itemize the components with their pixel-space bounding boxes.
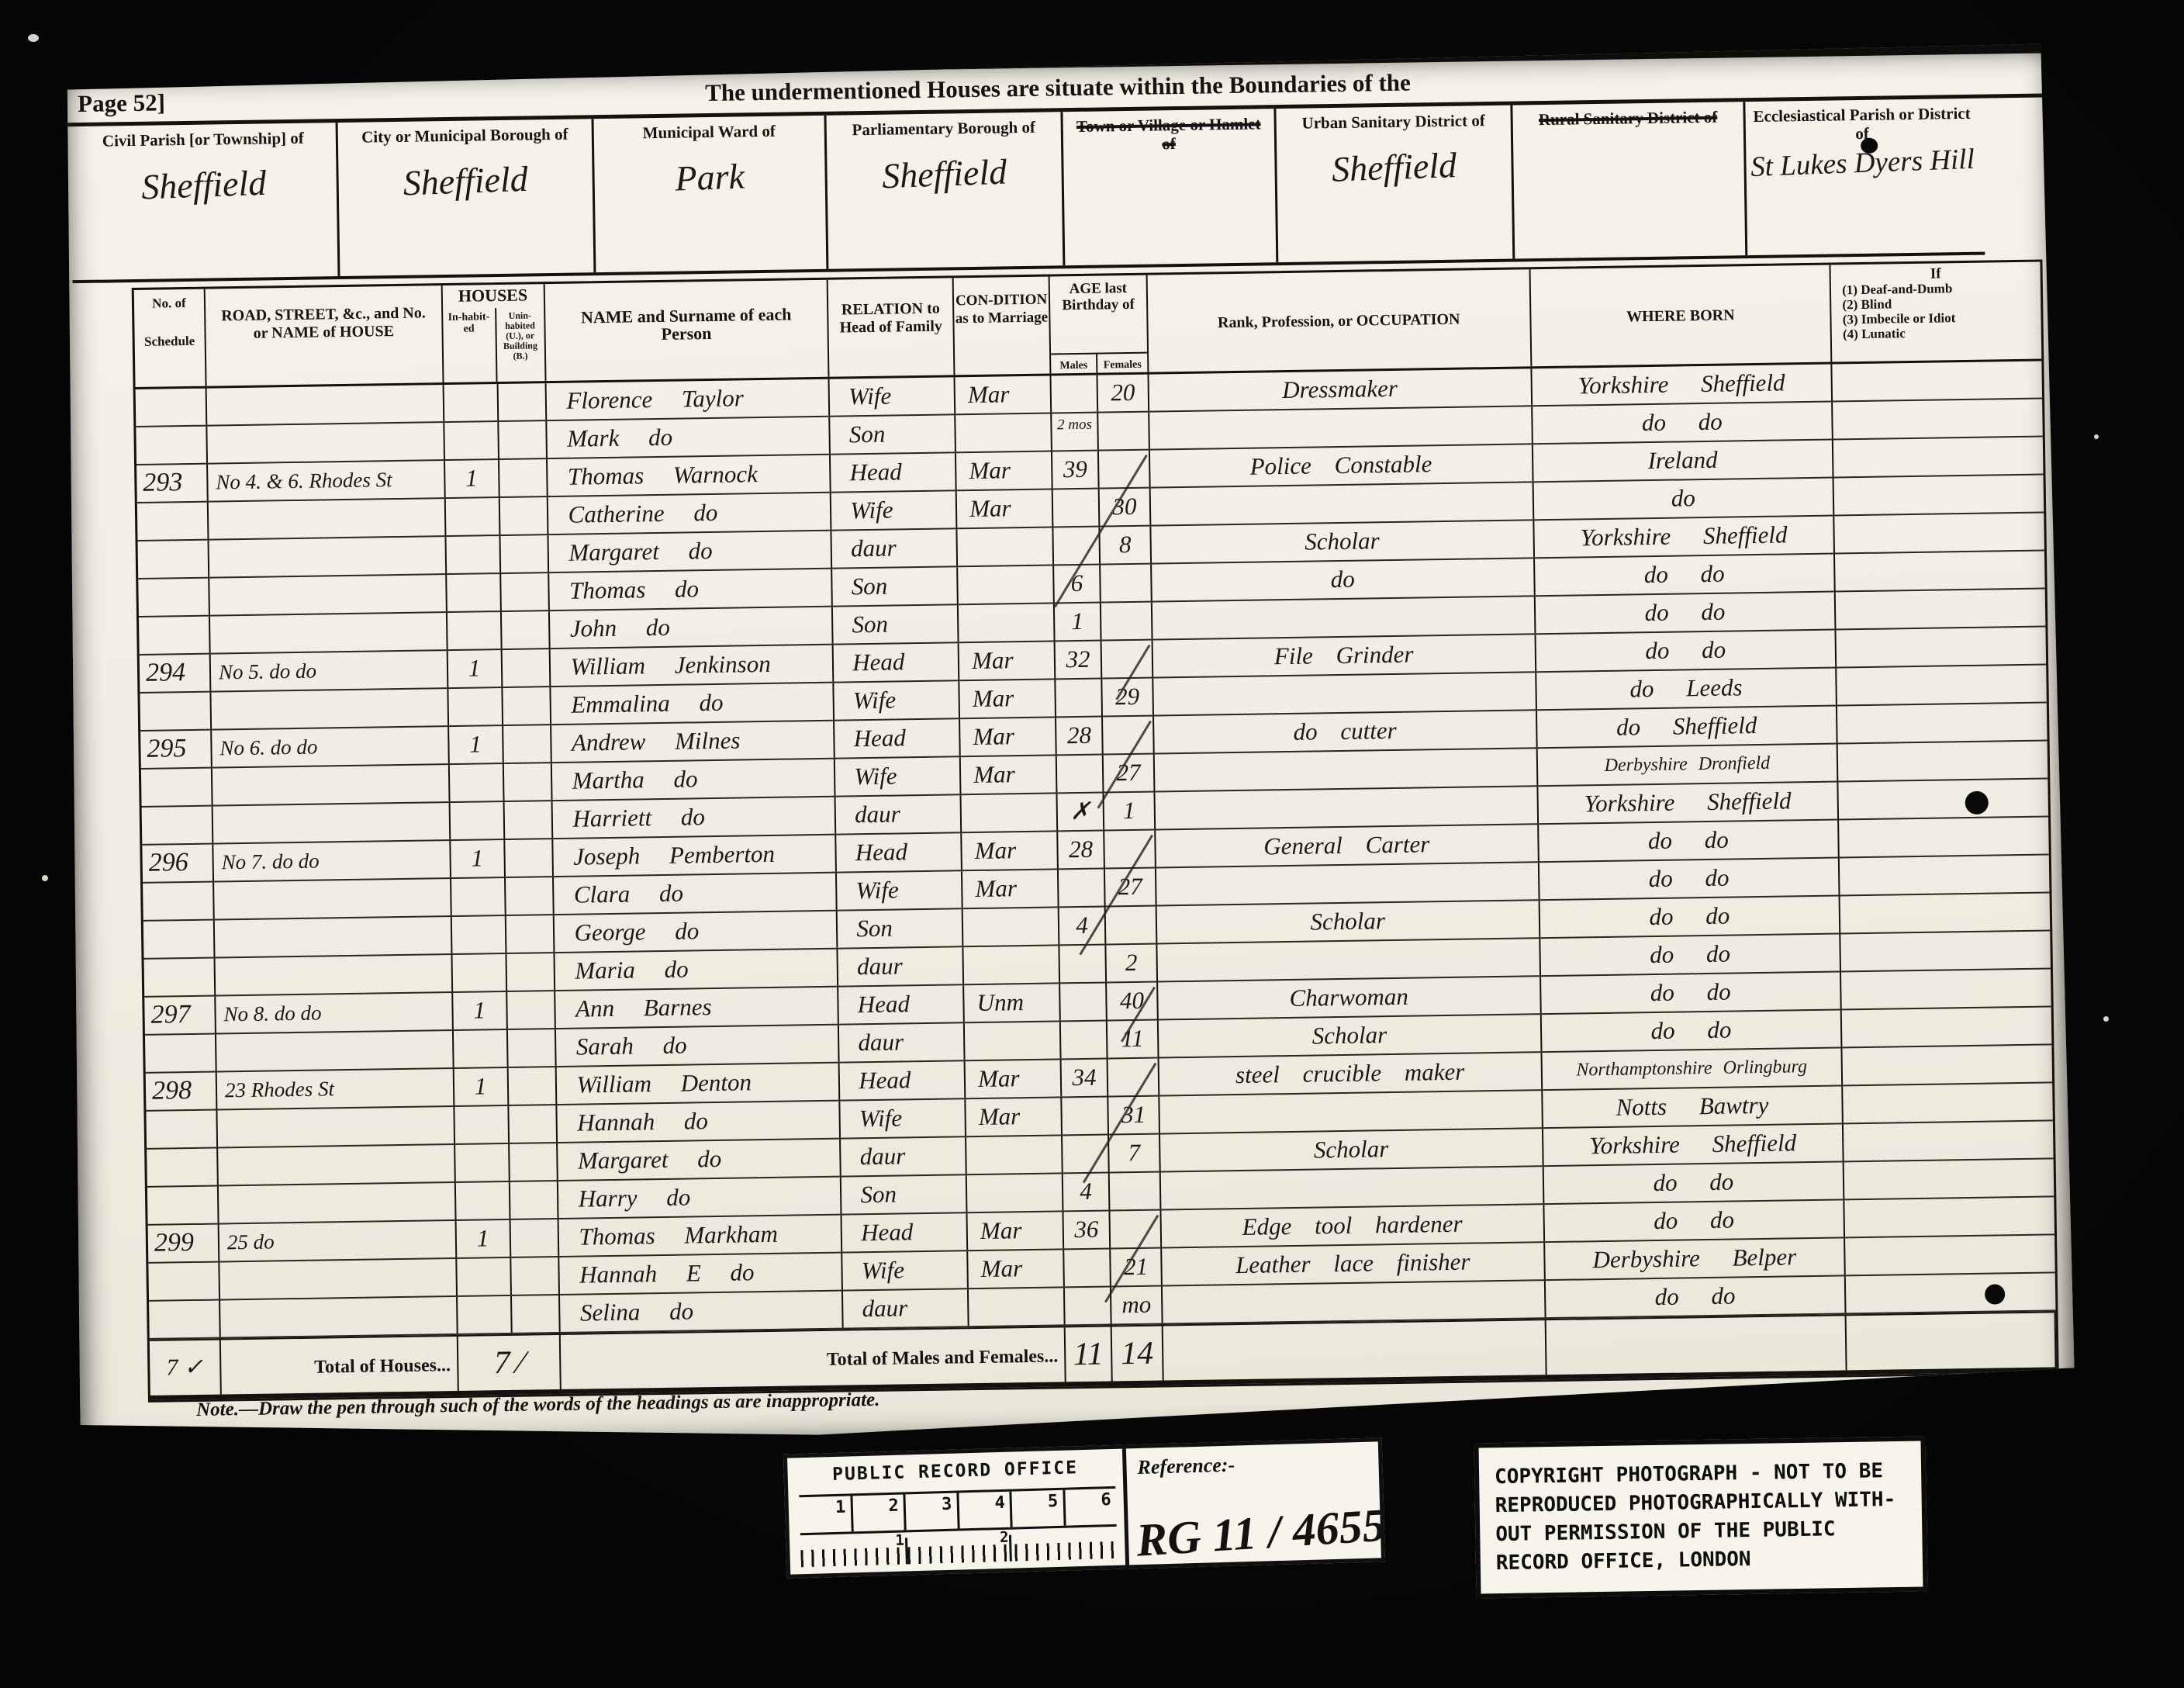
cell-name: Martha do: [551, 759, 835, 800]
col-header-inhabited: In-habit-ed: [443, 308, 497, 382]
cell-condition: [962, 794, 1059, 832]
district-box-label: Parliamentary Borough of: [826, 112, 1060, 139]
cell-relation: daur: [832, 529, 959, 567]
cell-name: Thomas do: [549, 569, 833, 610]
cell-age-m: [1056, 680, 1103, 717]
cell-age-m: 28: [1058, 832, 1105, 869]
col-header-relation-label: RELATION to Head of Family: [828, 285, 953, 337]
district-box: Parliamentary Borough ofSheffield: [826, 112, 1065, 269]
total-males-females-label: Total of Males and Females...: [560, 1327, 1066, 1389]
cell-road: [209, 575, 447, 615]
cell-inhabited: [455, 1144, 510, 1181]
cell-road: No 4. & 6. Rhodes St: [208, 461, 445, 501]
cell-age-m: [1063, 1135, 1110, 1172]
cell-condition: [958, 566, 1055, 604]
cell-where-born: Derbyshire Belper: [1545, 1238, 1846, 1279]
cell-condition: Mar: [960, 680, 1057, 718]
totals-empty-occupation: [1163, 1320, 1547, 1380]
cell-where-born: do do: [1535, 555, 1836, 596]
cell-inhabited: [458, 1296, 513, 1333]
cell-uninhabited: [510, 1143, 558, 1181]
cell-schedule: 295: [140, 731, 213, 768]
cell-relation: Wife: [837, 871, 963, 909]
cell-schedule: 297: [144, 997, 216, 1034]
totals-margin-mark: 7 ✓: [150, 1340, 222, 1395]
ruler-cm-segment: 2: [852, 1494, 907, 1531]
district-box-label: Civil Parish [or Township] of: [71, 123, 336, 150]
cell-relation: Wife: [835, 757, 962, 795]
cell-age-m: [1053, 489, 1101, 527]
cell-infirmity: [1839, 817, 2048, 856]
col-header-occupation: Rank, Profession, or OCCUPATION: [1148, 269, 1532, 372]
cell-occupation: [1157, 939, 1540, 981]
cell-road: No 6. do do: [212, 727, 449, 767]
cell-infirmity: [1833, 361, 2042, 401]
cell-relation: Wife: [835, 681, 961, 719]
district-box-label: Municipal Ward of: [594, 116, 824, 143]
cell-infirmity: [1833, 438, 2043, 477]
cell-relation: Head: [842, 1213, 969, 1251]
cell-where-born: do: [1533, 479, 1834, 520]
cell-condition: [958, 527, 1055, 566]
cell-condition: [965, 1022, 1062, 1060]
cell-condition: [959, 604, 1056, 642]
cell-schedule: [136, 389, 208, 426]
cell-relation: Wife: [841, 1099, 967, 1137]
col-header-condition: CON-DITION as to Marriage: [954, 276, 1052, 375]
cell-uninhabited: [506, 877, 555, 915]
district-box: Urban Sanitary District ofSheffield: [1276, 105, 1515, 263]
cell-road: [215, 917, 452, 957]
cell-condition: [963, 908, 1060, 946]
cell-schedule: 298: [146, 1073, 218, 1110]
cell-uninhabited: [500, 535, 549, 572]
cell-name: Harriett do: [552, 797, 836, 838]
cell-uninhabited: [499, 421, 548, 458]
cell-age-m: 1: [1055, 604, 1102, 641]
cell-infirmity: [1835, 514, 2044, 553]
cell-name: Clara do: [554, 873, 838, 914]
cell-schedule: 293: [136, 465, 209, 502]
cell-condition: [966, 1136, 1063, 1174]
cell-where-born: Yorkshire Sheffield: [1538, 782, 1839, 823]
cell-relation: daur: [836, 795, 962, 833]
ruler-cm-segment: 6: [1065, 1489, 1117, 1526]
cell-condition: Unm: [964, 984, 1061, 1022]
cell-age-f: 2: [1106, 945, 1158, 982]
cell-inhabited: [454, 1106, 510, 1143]
cell-occupation: Police Constable: [1150, 444, 1533, 486]
cell-relation: Son: [838, 909, 964, 947]
cell-condition: Mar: [960, 718, 1057, 756]
cell-inhabited: 1: [449, 726, 504, 763]
col-header-uninhabited: Unin-habited (U.), or Building (B.): [496, 307, 544, 382]
cell-road: 25 do: [219, 1221, 457, 1261]
cell-where-born: Yorkshire Sheffield: [1534, 517, 1835, 558]
pro-stamp-title: PUBLIC RECORD OFFICE: [787, 1449, 1123, 1486]
cell-age-m: [1061, 1021, 1108, 1058]
cell-schedule: [140, 693, 212, 730]
cell-where-born: do do: [1536, 630, 1837, 671]
cell-name: Harry do: [558, 1178, 841, 1218]
cell-condition: Mar: [966, 1060, 1063, 1098]
district-box: Rural Sanitary District of: [1512, 102, 1747, 258]
cell-inhabited: [450, 802, 505, 839]
ruler-cm-segment: 5: [1011, 1490, 1066, 1527]
cell-uninhabited: [501, 573, 550, 611]
cell-inhabited: [444, 422, 499, 459]
cell-uninhabited: [502, 611, 551, 649]
cell-road: [207, 385, 444, 425]
cell-age-m: [1053, 527, 1101, 565]
cell-age-m: [1065, 1287, 1112, 1324]
col-header-road: ROAD, STREET, &c., and No. or NAME of HO…: [206, 285, 444, 386]
cell-condition: Mar: [966, 1098, 1063, 1136]
district-box-value: Park: [594, 154, 826, 202]
total-houses-value: 7 ∕: [458, 1335, 561, 1391]
cell-occupation: Charwoman: [1158, 977, 1541, 1019]
cell-uninhabited: [503, 687, 551, 725]
cell-infirmity: [1837, 665, 2046, 704]
cell-where-born: do do: [1540, 896, 1840, 937]
cell-age-f: 29: [1102, 679, 1154, 716]
cell-uninhabited: [498, 383, 547, 420]
public-record-office-stamp: PUBLIC RECORD OFFICE 123456 1 2 Referenc…: [783, 1437, 1385, 1578]
cell-relation: daur: [839, 1023, 966, 1061]
reference-label: Reference:-: [1137, 1454, 1235, 1479]
cell-name: Ann Barnes: [555, 988, 839, 1028]
cell-inhabited: 1: [454, 1068, 509, 1105]
cell-road: No 7. do do: [213, 841, 451, 881]
cell-relation: daur: [843, 1289, 969, 1327]
cell-name: John do: [550, 607, 834, 648]
cell-uninhabited: [504, 801, 553, 839]
cell-condition: [964, 946, 1061, 984]
district-box-value: Sheffield: [1277, 144, 1512, 192]
cell-occupation: Scholar: [1159, 1015, 1542, 1057]
cell-road: [210, 613, 448, 653]
cell-occupation: Leather lace finisher: [1162, 1243, 1545, 1285]
cell-age-f: 7: [1109, 1135, 1161, 1172]
cell-road: [211, 689, 448, 729]
cell-inhabited: 1: [451, 840, 506, 877]
cell-condition: Mar: [968, 1212, 1065, 1250]
total-females-value: 14: [1112, 1326, 1164, 1381]
film-speck: [2094, 434, 2099, 439]
cell-age-f: 40: [1107, 983, 1159, 1020]
cell-infirmity: [1844, 1121, 2053, 1160]
col-header-name: NAME and Surname of each Person: [544, 280, 830, 381]
cell-age-m: 34: [1062, 1059, 1109, 1096]
cell-inhabited: [451, 916, 506, 953]
cell-inhabited: [448, 612, 503, 649]
cell-uninhabited: [499, 497, 548, 534]
ruler-cm-segment: 4: [959, 1492, 1013, 1529]
cell-condition: [969, 1288, 1066, 1326]
cell-relation: Wife: [830, 377, 956, 415]
cell-inhabited: [444, 384, 499, 421]
cell-name: William Jenkinson: [550, 645, 834, 686]
cell-relation: Head: [837, 833, 963, 871]
cell-infirmity: [1834, 476, 2044, 515]
cell-infirmity: [1836, 590, 2045, 629]
cell-uninhabited: [506, 915, 555, 953]
cell-occupation: [1155, 749, 1538, 790]
cell-inhabited: [447, 574, 502, 611]
cell-age-f: [1101, 603, 1153, 640]
cell-inhabited: [452, 954, 507, 991]
district-box: Town or Village or Hamlet of: [1063, 109, 1278, 265]
cell-inhabited: [457, 1258, 512, 1295]
cell-uninhabited: [512, 1295, 561, 1333]
ruler-midtick: [905, 1538, 908, 1564]
cell-road: [209, 537, 446, 577]
cell-age-m: ✗: [1058, 794, 1105, 831]
cell-relation: Wife: [843, 1251, 969, 1289]
cell-age-f: [1110, 1172, 1162, 1209]
col-header-age-group: AGE last Birthday of Males Females: [1050, 275, 1149, 374]
totals-empty-infirmity: [1847, 1313, 2057, 1370]
cell-schedule: [143, 921, 216, 958]
infirmity-header-line: (4) Lunatic: [1832, 324, 2041, 342]
col-header-schedule: No. of Schedule: [134, 289, 207, 387]
cell-occupation: [1151, 483, 1534, 524]
total-houses-label: Total of Houses...: [221, 1337, 459, 1395]
cell-name: William Denton: [556, 1064, 840, 1104]
cell-age-m: [1062, 1097, 1109, 1134]
cell-name: Hannah E do: [559, 1254, 843, 1294]
district-box-value: Sheffield: [827, 150, 1063, 199]
district-box-label: Rural Sanitary District of: [1512, 102, 1743, 129]
cell-road: [214, 879, 451, 919]
cell-age-m: 28: [1056, 718, 1104, 755]
cell-age-m: [1057, 756, 1104, 793]
cell-occupation: File Grinder: [1153, 635, 1536, 676]
cell-schedule: [146, 1111, 218, 1148]
cell-infirmity: [1835, 552, 2044, 591]
cell-infirmity: [1843, 1045, 2052, 1084]
district-box-label: City or Municipal Borough of: [338, 119, 592, 147]
cell-where-born: do do: [1541, 1010, 1842, 1051]
col-header-where-born: WHERE BORN: [1530, 265, 1832, 367]
cell-inhabited: [454, 1030, 509, 1067]
cell-road: 23 Rhodes St: [217, 1069, 454, 1109]
cell-age-f: 8: [1100, 527, 1152, 564]
census-scan-photo: Page 52] The undermentioned Houses are s…: [0, 0, 2184, 1688]
cell-occupation: Scholar: [1157, 901, 1540, 943]
cell-condition: Mar: [955, 375, 1052, 413]
cell-relation: Son: [832, 567, 959, 605]
cell-where-born: Northamptonshire Orlingburg: [1542, 1048, 1843, 1089]
reference-number: RG 11 / 4655: [1135, 1499, 1387, 1568]
cell-age-f: [1104, 831, 1156, 868]
cell-age-m: [1052, 375, 1099, 413]
cell-occupation: do cutter: [1154, 711, 1537, 752]
cell-where-born: Notts Bawtry: [1543, 1086, 1844, 1127]
cell-age-f: [1098, 413, 1150, 450]
cell-infirmity: [1844, 1159, 2054, 1199]
district-box-value: Sheffield: [338, 157, 593, 206]
cell-infirmity: [1843, 1083, 2052, 1122]
cell-condition: [955, 413, 1052, 451]
col-header-occupation-label: Rank, Profession, or OCCUPATION: [1148, 277, 1530, 333]
col-header-schedule-line2: Schedule: [135, 335, 205, 348]
cell-road: No 5. do do: [211, 651, 448, 691]
cell-schedule: [149, 1301, 221, 1338]
cell-relation: Head: [838, 985, 965, 1023]
cell-relation: Son: [841, 1175, 968, 1213]
district-box: City or Municipal Borough ofSheffield: [338, 119, 596, 276]
cell-name: Margaret do: [558, 1140, 841, 1180]
cell-condition: Mar: [961, 756, 1058, 794]
cell-infirmity: [1837, 703, 2047, 742]
cell-condition: Mar: [957, 489, 1054, 527]
cell-uninhabited: [507, 991, 556, 1029]
cell-relation: Son: [831, 415, 957, 453]
cell-relation: Head: [834, 643, 960, 681]
cell-uninhabited: [511, 1257, 560, 1295]
cell-name: Selina do: [560, 1292, 844, 1332]
col-header-schedule-line1: No. of: [134, 297, 204, 310]
cell-inhabited: 1: [448, 650, 503, 687]
cell-uninhabited: [509, 1105, 558, 1143]
film-speck: [2103, 1016, 2109, 1022]
district-header-row: Civil Parish [or Township] ofSheffieldCi…: [71, 99, 1985, 284]
col-header-infirmity: If(1) Deaf-and-Dumb(2) Blind(3) Imbecile…: [1831, 262, 2042, 362]
cell-age-f: mo: [1111, 1286, 1163, 1323]
cell-infirmity: [1838, 741, 2047, 780]
cell-where-born: do do: [1543, 1162, 1844, 1203]
cell-inhabited: [451, 878, 506, 915]
ruler-cm-segment: 3: [905, 1493, 959, 1531]
cell-schedule: 294: [140, 655, 212, 692]
cell-uninhabited: [503, 725, 552, 763]
cell-name: Maria do: [555, 949, 838, 990]
col-header-houses-group: HOUSES In-habit-ed Unin-habited (U.), or…: [442, 284, 546, 382]
cell-schedule: [148, 1263, 220, 1300]
cell-occupation: General Carter: [1156, 825, 1539, 866]
cell-schedule: 296: [142, 845, 214, 882]
cell-name: Sarah do: [555, 1026, 839, 1066]
cell-where-born: Ireland: [1533, 441, 1833, 482]
cell-occupation: [1153, 673, 1536, 714]
cell-schedule: [143, 883, 215, 920]
cell-name: Thomas Warnock: [548, 455, 831, 496]
cell-where-born: do Leeds: [1536, 668, 1837, 709]
film-speck: [42, 875, 48, 881]
cell-schedule: [147, 1187, 219, 1224]
cell-road: [217, 1107, 454, 1147]
cell-infirmity: [1845, 1197, 2054, 1237]
cell-relation: Son: [833, 605, 959, 643]
district-box: Civil Parish [or Township] ofSheffield: [71, 123, 340, 280]
cell-name: Thomas Markham: [558, 1216, 842, 1256]
cell-where-born: do Sheffield: [1537, 706, 1838, 747]
cell-where-born: do do: [1539, 820, 1840, 861]
cell-road: [220, 1297, 458, 1337]
totals-empty-where-born: [1546, 1316, 1847, 1375]
cell-occupation: Edge tool hardener: [1161, 1205, 1544, 1247]
ruler-cm-segment: 1: [799, 1496, 853, 1533]
cell-name: Margaret do: [548, 531, 832, 572]
cell-occupation: [1159, 1091, 1543, 1133]
cell-occupation: [1163, 1281, 1546, 1323]
cell-occupation: Dressmaker: [1149, 368, 1532, 410]
cell-age-m: 36: [1064, 1211, 1111, 1248]
cell-age-f: [1099, 451, 1151, 488]
col-header-name-label: NAME and Surname of each Person: [544, 288, 828, 344]
cell-infirmity: [1841, 969, 2051, 1008]
cell-schedule: [138, 541, 210, 578]
cell-infirmity: [1837, 627, 2046, 666]
cell-age-m: [1064, 1249, 1111, 1286]
cell-schedule: [142, 807, 214, 844]
cell-infirmity: [1845, 1235, 2054, 1275]
cell-occupation: do: [1152, 559, 1535, 600]
col-header-condition-label: CON-DITION as to Marriage: [954, 285, 1049, 328]
district-box: Ecclesiastical Parish or District ofSt L…: [1745, 99, 1980, 255]
cell-occupation: [1152, 597, 1536, 638]
cell-age-f: 20: [1098, 375, 1150, 412]
cell-where-born: do do: [1545, 1276, 1846, 1317]
cell-where-born: Derbyshire Dronfield: [1537, 744, 1838, 785]
cell-relation: daur: [841, 1137, 967, 1175]
ruler-midtick: [1009, 1535, 1012, 1562]
district-box-value: Sheffield: [71, 161, 337, 210]
cell-inhabited: [456, 1182, 511, 1219]
cell-relation: Wife: [831, 491, 958, 529]
cell-age-f: 11: [1108, 1021, 1159, 1058]
total-males-value: 11: [1066, 1327, 1113, 1382]
district-box: Municipal Ward ofPark: [594, 116, 829, 272]
cell-uninhabited: [508, 1067, 557, 1105]
cell-uninhabited: [503, 763, 552, 801]
cell-inhabited: 1: [445, 460, 500, 497]
ruler-inch-label-2: 2: [1000, 1529, 1009, 1546]
cell-uninhabited: [510, 1181, 558, 1219]
cell-road: [209, 499, 446, 539]
cell-infirmity: [1839, 779, 2048, 818]
copyright-line: RECORD OFFICE, LONDON: [1496, 1543, 1911, 1578]
age-group-label: AGE last Birthday of: [1050, 275, 1147, 314]
cell-where-born: do do: [1535, 593, 1836, 634]
cell-name: Florence Taylor: [546, 379, 830, 420]
cell-schedule: 299: [148, 1225, 220, 1262]
cell-road: [219, 1259, 457, 1299]
cell-where-born: do do: [1540, 934, 1841, 975]
cell-schedule: [145, 1035, 217, 1072]
cell-age-f: [1101, 565, 1152, 602]
cell-inhabited: [445, 498, 500, 535]
cell-age-m: [1059, 870, 1106, 907]
cell-uninhabited: [505, 839, 554, 877]
district-box-label: Town or Village or Hamlet of: [1063, 109, 1274, 154]
cell-uninhabited: [510, 1219, 559, 1257]
cell-condition: Mar: [968, 1250, 1065, 1288]
cell-schedule: [147, 1149, 219, 1186]
cell-condition: Mar: [962, 870, 1059, 908]
page-number: Page 52]: [78, 88, 165, 118]
ruler-inch-label-1: 1: [895, 1532, 904, 1549]
cell-condition: Mar: [956, 451, 1053, 489]
col-header-relation: RELATION to Head of Family: [828, 278, 955, 376]
cell-age-m: [1060, 984, 1108, 1021]
cell-condition: Mar: [962, 832, 1059, 870]
cell-age-m: 32: [1056, 642, 1103, 679]
cell-age-m: 4: [1059, 908, 1107, 945]
cell-infirmity: [1846, 1273, 2055, 1313]
copyright-stamp: COPYRIGHT PHOTOGRAPH - NOT TO BEREPRODUC…: [1474, 1436, 1927, 1598]
